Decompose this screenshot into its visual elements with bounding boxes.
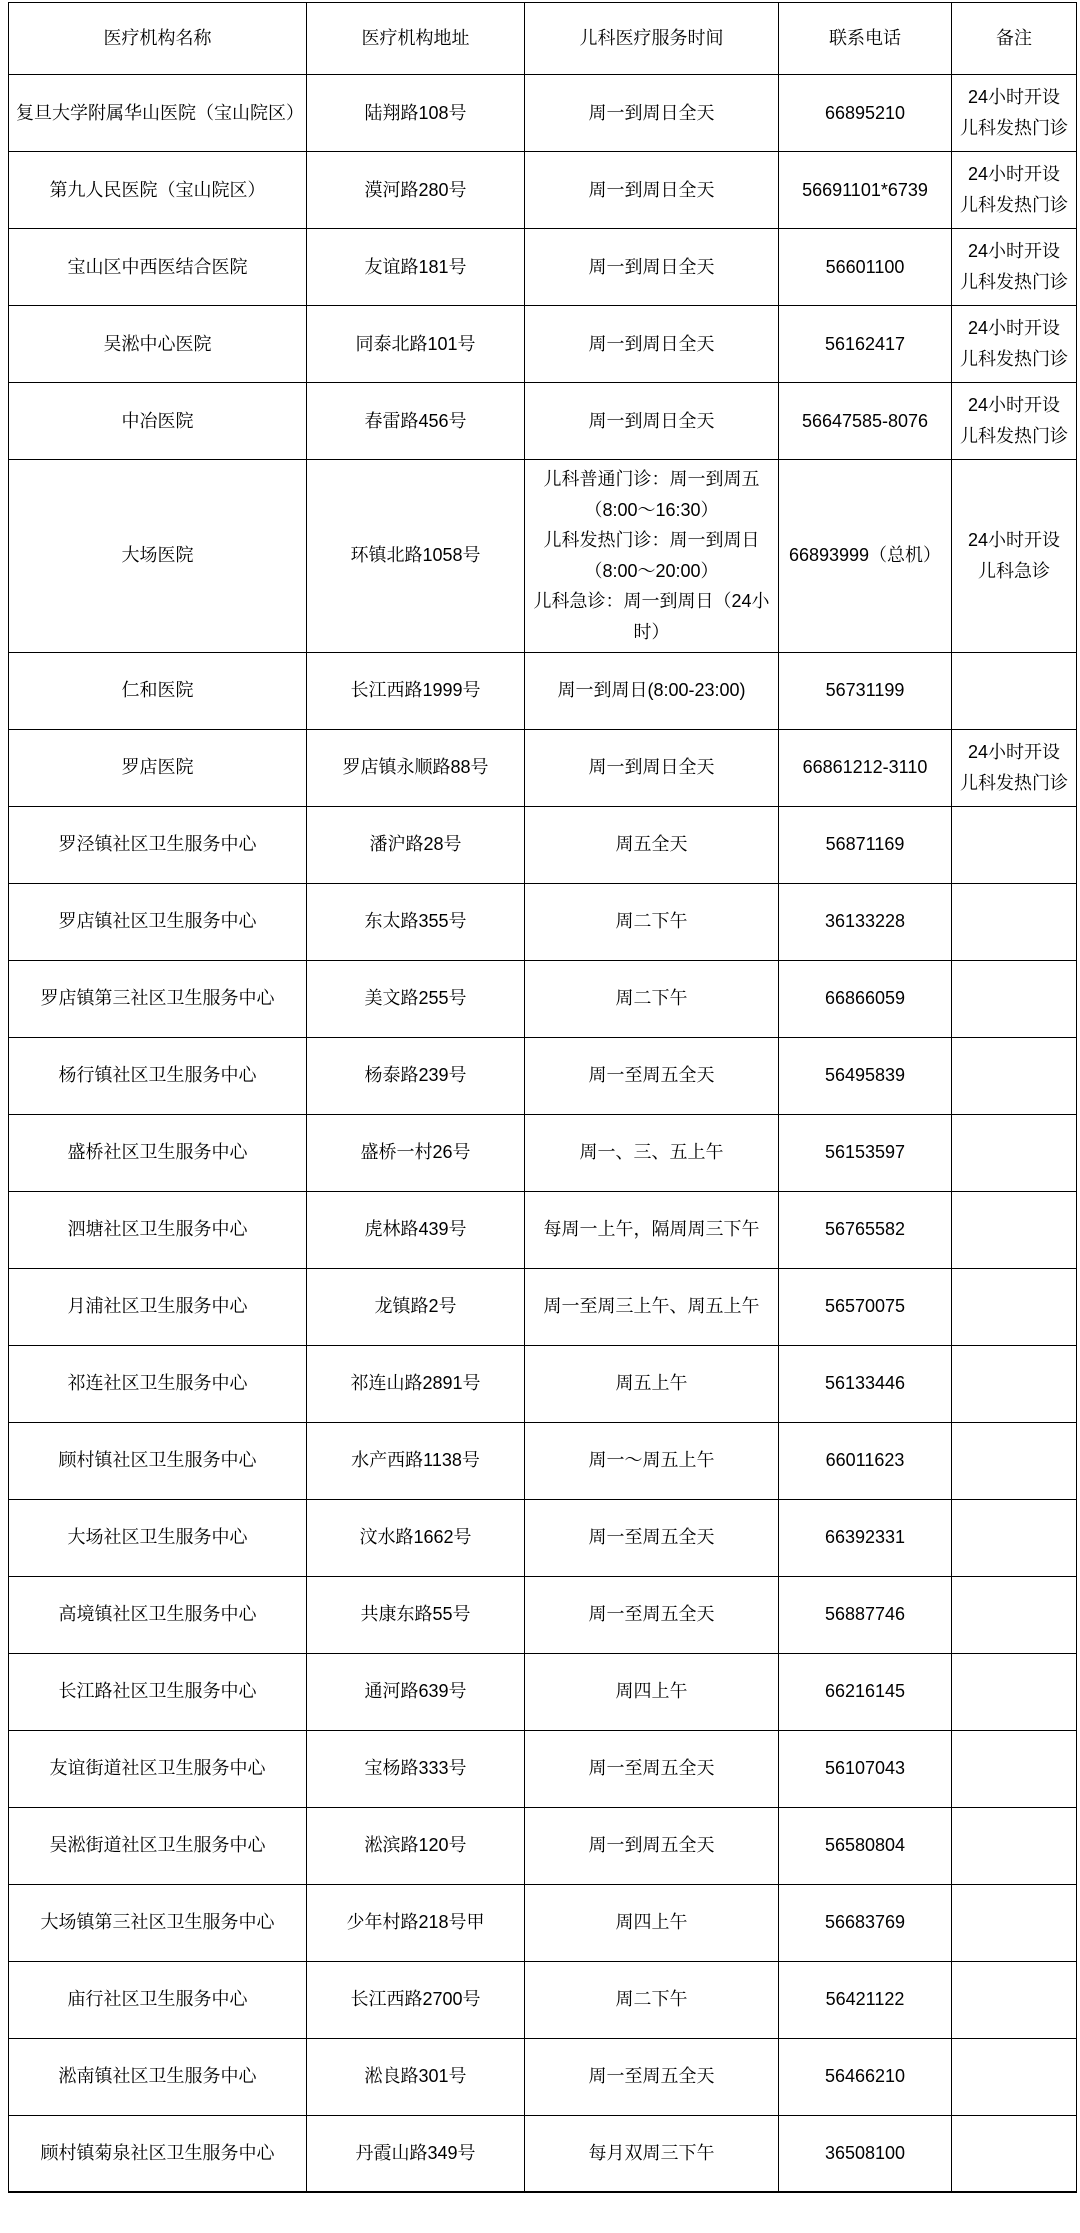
header-row: 医疗机构名称 医疗机构地址 儿科医疗服务时间 联系电话 备注 — [9, 3, 1077, 75]
cell-address: 水产西路1138号 — [307, 1422, 525, 1499]
cell-service-hours: 周一到周日全天 — [525, 306, 779, 383]
cell-institution-name: 友谊街道社区卫生服务中心 — [9, 1730, 307, 1807]
cell-institution-name: 第九人民医院（宝山院区） — [9, 152, 307, 229]
cell-institution-name: 中冶医院 — [9, 383, 307, 460]
cell-address: 共康东路55号 — [307, 1576, 525, 1653]
cell-phone: 66392331 — [779, 1499, 952, 1576]
table-row: 中冶医院 春雷路456号 周一到周日全天 56647585-8076 24小时开… — [9, 383, 1077, 460]
cell-service-hours: 周四上午 — [525, 1653, 779, 1730]
cell-address: 长江西路1999号 — [307, 652, 525, 729]
cell-phone: 56691101*6739 — [779, 152, 952, 229]
table-row: 祁连社区卫生服务中心 祁连山路2891号 周五上午 56133446 — [9, 1345, 1077, 1422]
table-row: 友谊街道社区卫生服务中心 宝杨路333号 周一至周五全天 56107043 — [9, 1730, 1077, 1807]
cell-remark — [952, 1807, 1077, 1884]
table-row: 罗店医院 罗店镇永顺路88号 周一到周日全天 66861212-3110 24小… — [9, 729, 1077, 806]
cell-service-hours: 每周一上午，隔周周三下午 — [525, 1191, 779, 1268]
cell-address: 陆翔路108号 — [307, 75, 525, 152]
cell-address: 通河路639号 — [307, 1653, 525, 1730]
cell-service-hours: 儿科普通门诊：周一到周五 （8:00～16:30） 儿科发热门诊：周一到周日 （… — [525, 460, 779, 653]
medical-institutions-table-container: 医疗机构名称 医疗机构地址 儿科医疗服务时间 联系电话 备注 复旦大学附属华山医… — [0, 0, 1080, 2195]
cell-remark — [952, 1422, 1077, 1499]
cell-phone: 56871169 — [779, 806, 952, 883]
cell-phone: 56580804 — [779, 1807, 952, 1884]
table-row: 庙行社区卫生服务中心 长江西路2700号 周二下午 56421122 — [9, 1961, 1077, 2038]
cell-remark — [952, 1884, 1077, 1961]
cell-institution-name: 吴淞街道社区卫生服务中心 — [9, 1807, 307, 1884]
cell-service-hours: 周一到周日全天 — [525, 729, 779, 806]
cell-phone: 56647585-8076 — [779, 383, 952, 460]
cell-service-hours: 周一到周五全天 — [525, 1807, 779, 1884]
table-row: 大场医院 环镇北路1058号 儿科普通门诊：周一到周五 （8:00～16:30）… — [9, 460, 1077, 653]
table-row: 第九人民医院（宝山院区） 漠河路280号 周一到周日全天 56691101*67… — [9, 152, 1077, 229]
cell-phone: 56153597 — [779, 1114, 952, 1191]
cell-address: 丹霞山路349号 — [307, 2115, 525, 2192]
cell-phone: 66895210 — [779, 75, 952, 152]
cell-address: 同泰北路101号 — [307, 306, 525, 383]
table-row: 高境镇社区卫生服务中心 共康东路55号 周一至周五全天 56887746 — [9, 1576, 1077, 1653]
cell-phone: 56421122 — [779, 1961, 952, 2038]
cell-address: 淞滨路120号 — [307, 1807, 525, 1884]
cell-service-hours: 周一至周五全天 — [525, 1576, 779, 1653]
cell-address: 友谊路181号 — [307, 229, 525, 306]
cell-institution-name: 罗泾镇社区卫生服务中心 — [9, 806, 307, 883]
table-row: 杨行镇社区卫生服务中心 杨泰路239号 周一至周五全天 56495839 — [9, 1037, 1077, 1114]
column-header-remark: 备注 — [952, 3, 1077, 75]
table-row: 吴淞街道社区卫生服务中心 淞滨路120号 周一到周五全天 56580804 — [9, 1807, 1077, 1884]
cell-address: 环镇北路1058号 — [307, 460, 525, 653]
cell-remark — [952, 1037, 1077, 1114]
cell-remark: 24小时开设儿科发热门诊 — [952, 729, 1077, 806]
table-row: 罗泾镇社区卫生服务中心 潘沪路28号 周五全天 56871169 — [9, 806, 1077, 883]
cell-phone: 66011623 — [779, 1422, 952, 1499]
cell-phone: 36508100 — [779, 2115, 952, 2192]
cell-remark — [952, 883, 1077, 960]
cell-remark — [952, 1345, 1077, 1422]
cell-service-hours: 周一到周日(8:00-23:00) — [525, 652, 779, 729]
cell-institution-name: 淞南镇社区卫生服务中心 — [9, 2038, 307, 2115]
table-row: 泗塘社区卫生服务中心 虎林路439号 每周一上午，隔周周三下午 56765582 — [9, 1191, 1077, 1268]
column-header-service-hours: 儿科医疗服务时间 — [525, 3, 779, 75]
cell-address: 淞良路301号 — [307, 2038, 525, 2115]
cell-address: 罗店镇永顺路88号 — [307, 729, 525, 806]
cell-remark — [952, 1730, 1077, 1807]
cell-phone: 56765582 — [779, 1191, 952, 1268]
cell-service-hours: 周一到周日全天 — [525, 75, 779, 152]
cell-service-hours: 周二下午 — [525, 960, 779, 1037]
table-row: 复旦大学附属华山医院（宝山院区） 陆翔路108号 周一到周日全天 6689521… — [9, 75, 1077, 152]
cell-address: 宝杨路333号 — [307, 1730, 525, 1807]
cell-institution-name: 泗塘社区卫生服务中心 — [9, 1191, 307, 1268]
cell-address: 汶水路1662号 — [307, 1499, 525, 1576]
cell-address: 杨泰路239号 — [307, 1037, 525, 1114]
cell-institution-name: 罗店镇第三社区卫生服务中心 — [9, 960, 307, 1037]
cell-remark — [952, 1961, 1077, 2038]
cell-address: 盛桥一村26号 — [307, 1114, 525, 1191]
cell-institution-name: 祁连社区卫生服务中心 — [9, 1345, 307, 1422]
cell-address: 春雷路456号 — [307, 383, 525, 460]
cell-institution-name: 大场医院 — [9, 460, 307, 653]
table-row: 大场镇第三社区卫生服务中心 少年村路218号甲 周四上午 56683769 — [9, 1884, 1077, 1961]
cell-remark — [952, 1114, 1077, 1191]
cell-address: 长江西路2700号 — [307, 1961, 525, 2038]
cell-remark: 24小时开设儿科急诊 — [952, 460, 1077, 653]
cell-phone: 66866059 — [779, 960, 952, 1037]
cell-remark — [952, 1499, 1077, 1576]
table-row: 罗店镇社区卫生服务中心 东太路355号 周二下午 36133228 — [9, 883, 1077, 960]
table-row: 长江路社区卫生服务中心 通河路639号 周四上午 66216145 — [9, 1653, 1077, 1730]
cell-remark — [952, 1576, 1077, 1653]
cell-service-hours: 周一至周三上午、周五上午 — [525, 1268, 779, 1345]
cell-institution-name: 吴淞中心医院 — [9, 306, 307, 383]
cell-institution-name: 大场镇第三社区卫生服务中心 — [9, 1884, 307, 1961]
table-row: 罗店镇第三社区卫生服务中心 美文路255号 周二下午 66866059 — [9, 960, 1077, 1037]
cell-address: 龙镇路2号 — [307, 1268, 525, 1345]
cell-address: 潘沪路28号 — [307, 806, 525, 883]
cell-institution-name: 罗店镇社区卫生服务中心 — [9, 883, 307, 960]
cell-service-hours: 周一～周五上午 — [525, 1422, 779, 1499]
cell-phone: 56570075 — [779, 1268, 952, 1345]
cell-phone: 56731199 — [779, 652, 952, 729]
cell-remark — [952, 652, 1077, 729]
cell-address: 少年村路218号甲 — [307, 1884, 525, 1961]
cell-service-hours: 周五上午 — [525, 1345, 779, 1422]
table-body: 复旦大学附属华山医院（宝山院区） 陆翔路108号 周一到周日全天 6689521… — [9, 75, 1077, 2193]
table-row: 吴淞中心医院 同泰北路101号 周一到周日全天 56162417 24小时开设儿… — [9, 306, 1077, 383]
cell-remark — [952, 2038, 1077, 2115]
cell-institution-name: 顾村镇菊泉社区卫生服务中心 — [9, 2115, 307, 2192]
cell-address: 漠河路280号 — [307, 152, 525, 229]
cell-institution-name: 大场社区卫生服务中心 — [9, 1499, 307, 1576]
table-row: 顾村镇社区卫生服务中心 水产西路1138号 周一～周五上午 66011623 — [9, 1422, 1077, 1499]
table-row: 大场社区卫生服务中心 汶水路1662号 周一至周五全天 66392331 — [9, 1499, 1077, 1576]
cell-service-hours: 周一至周五全天 — [525, 1037, 779, 1114]
cell-service-hours: 周二下午 — [525, 883, 779, 960]
cell-institution-name: 仁和医院 — [9, 652, 307, 729]
cell-institution-name: 盛桥社区卫生服务中心 — [9, 1114, 307, 1191]
cell-remark: 24小时开设儿科发热门诊 — [952, 152, 1077, 229]
cell-remark — [952, 1268, 1077, 1345]
cell-phone: 66893999（总机） — [779, 460, 952, 653]
cell-phone: 66216145 — [779, 1653, 952, 1730]
cell-institution-name: 顾村镇社区卫生服务中心 — [9, 1422, 307, 1499]
table-row: 淞南镇社区卫生服务中心 淞良路301号 周一至周五全天 56466210 — [9, 2038, 1077, 2115]
cell-phone: 56683769 — [779, 1884, 952, 1961]
table-row: 宝山区中西医结合医院 友谊路181号 周一到周日全天 56601100 24小时… — [9, 229, 1077, 306]
cell-service-hours: 每月双周三下午 — [525, 2115, 779, 2192]
column-header-institution-name: 医疗机构名称 — [9, 3, 307, 75]
cell-remark — [952, 2115, 1077, 2192]
table-header: 医疗机构名称 医疗机构地址 儿科医疗服务时间 联系电话 备注 — [9, 3, 1077, 75]
cell-service-hours: 周二下午 — [525, 1961, 779, 2038]
cell-service-hours: 周一到周日全天 — [525, 229, 779, 306]
cell-service-hours: 周一到周日全天 — [525, 152, 779, 229]
cell-remark: 24小时开设儿科发热门诊 — [952, 383, 1077, 460]
cell-institution-name: 杨行镇社区卫生服务中心 — [9, 1037, 307, 1114]
cell-institution-name: 复旦大学附属华山医院（宝山院区） — [9, 75, 307, 152]
table-row: 仁和医院 长江西路1999号 周一到周日(8:00-23:00) 5673119… — [9, 652, 1077, 729]
cell-remark: 24小时开设儿科发热门诊 — [952, 306, 1077, 383]
cell-address: 虎林路439号 — [307, 1191, 525, 1268]
cell-service-hours: 周一至周五全天 — [525, 1499, 779, 1576]
cell-phone: 56107043 — [779, 1730, 952, 1807]
column-header-phone: 联系电话 — [779, 3, 952, 75]
column-header-address: 医疗机构地址 — [307, 3, 525, 75]
cell-institution-name: 庙行社区卫生服务中心 — [9, 1961, 307, 2038]
cell-remark — [952, 1653, 1077, 1730]
cell-service-hours: 周一至周五全天 — [525, 1730, 779, 1807]
cell-institution-name: 宝山区中西医结合医院 — [9, 229, 307, 306]
table-row: 月浦社区卫生服务中心 龙镇路2号 周一至周三上午、周五上午 56570075 — [9, 1268, 1077, 1345]
cell-remark — [952, 806, 1077, 883]
cell-service-hours: 周五全天 — [525, 806, 779, 883]
cell-remark — [952, 960, 1077, 1037]
cell-institution-name: 罗店医院 — [9, 729, 307, 806]
cell-phone: 56466210 — [779, 2038, 952, 2115]
cell-address: 东太路355号 — [307, 883, 525, 960]
table-row: 盛桥社区卫生服务中心 盛桥一村26号 周一、三、五上午 56153597 — [9, 1114, 1077, 1191]
cell-phone: 56601100 — [779, 229, 952, 306]
table-row: 顾村镇菊泉社区卫生服务中心 丹霞山路349号 每月双周三下午 36508100 — [9, 2115, 1077, 2192]
cell-remark: 24小时开设儿科发热门诊 — [952, 75, 1077, 152]
cell-phone: 56162417 — [779, 306, 952, 383]
cell-service-hours: 周一、三、五上午 — [525, 1114, 779, 1191]
cell-address: 美文路255号 — [307, 960, 525, 1037]
cell-service-hours: 周一到周日全天 — [525, 383, 779, 460]
cell-remark — [952, 1191, 1077, 1268]
cell-phone: 56887746 — [779, 1576, 952, 1653]
cell-phone: 56133446 — [779, 1345, 952, 1422]
cell-remark: 24小时开设儿科发热门诊 — [952, 229, 1077, 306]
cell-phone: 66861212-3110 — [779, 729, 952, 806]
cell-phone: 36133228 — [779, 883, 952, 960]
cell-institution-name: 长江路社区卫生服务中心 — [9, 1653, 307, 1730]
cell-institution-name: 月浦社区卫生服务中心 — [9, 1268, 307, 1345]
cell-phone: 56495839 — [779, 1037, 952, 1114]
medical-institutions-table: 医疗机构名称 医疗机构地址 儿科医疗服务时间 联系电话 备注 复旦大学附属华山医… — [8, 2, 1077, 2193]
cell-service-hours: 周四上午 — [525, 1884, 779, 1961]
cell-service-hours: 周一至周五全天 — [525, 2038, 779, 2115]
cell-address: 祁连山路2891号 — [307, 1345, 525, 1422]
cell-institution-name: 高境镇社区卫生服务中心 — [9, 1576, 307, 1653]
